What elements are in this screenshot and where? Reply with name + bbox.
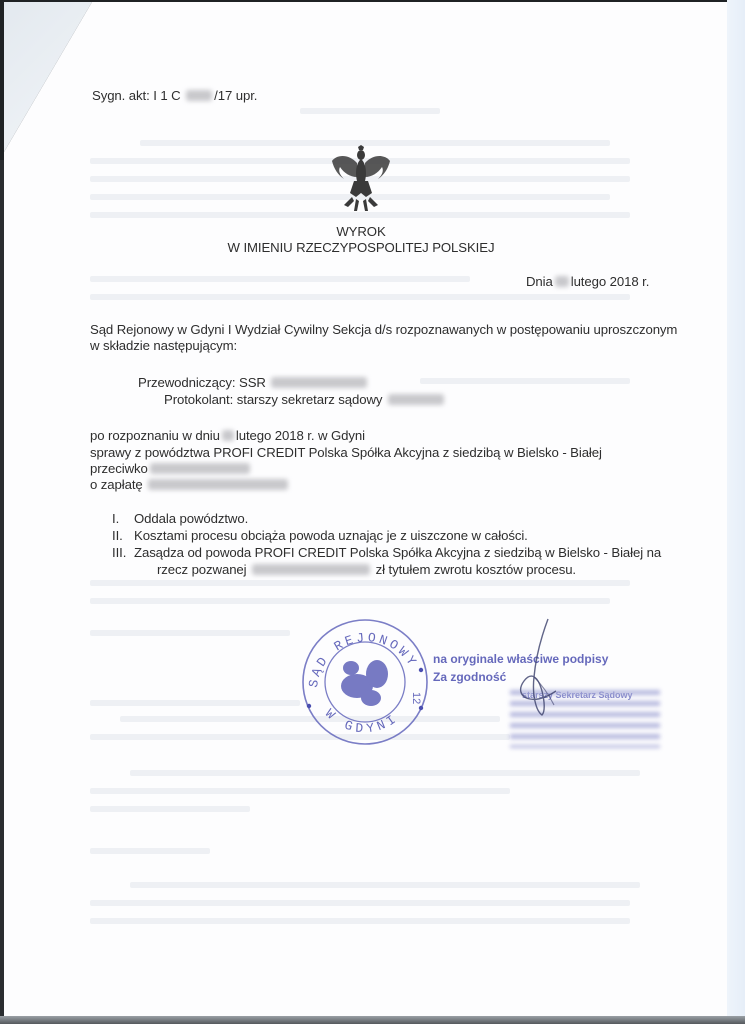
- hearing-line-1: po rozpoznaniu w dniulutego 2018 r. w Gd…: [90, 428, 365, 443]
- date-prefix: Dnia: [526, 274, 553, 289]
- redacted-claim-amount: [148, 479, 288, 490]
- court-line-1: Sąd Rejonowy w Gdyni I Wydział Cywilny S…: [90, 322, 677, 337]
- redacted-judge-name: [271, 377, 367, 388]
- ruling-3-prefix: rzecz pozwanej: [157, 562, 247, 577]
- ruling-text: Zasądza od powoda PROFI CREDIT Polska Sp…: [134, 545, 661, 560]
- ruling-3: III.Zasądza od powoda PROFI CREDIT Polsk…: [112, 545, 661, 560]
- date-suffix: lutego 2018 r.: [571, 274, 650, 289]
- redacted-defendant: [150, 463, 250, 474]
- document-subtitle: W IMIENIU RZECZYPOSPOLITEJ POLSKIEJ: [161, 240, 561, 255]
- chair-row: Przewodniczący: SSR: [138, 375, 369, 390]
- ruling-3-suffix: zł tytułem zwrotu kosztów procesu.: [376, 562, 576, 577]
- document-title: WYROK: [161, 224, 561, 239]
- case-signature-suffix: /17 upr.: [214, 88, 257, 103]
- redacted-case-number: [186, 90, 212, 101]
- ruling-1: I.Oddala powództwo.: [112, 511, 248, 526]
- ruling-2: II.Kosztami procesu obciąża powoda uznaj…: [112, 528, 528, 543]
- redacted-day: [555, 276, 569, 287]
- hearing-line-3: przeciwko: [90, 461, 252, 476]
- case-signature-prefix: Sygn. akt: I 1 C: [92, 88, 181, 103]
- clerk-label: Protokolant:: [164, 392, 233, 407]
- chair-label: Przewodniczący:: [138, 375, 235, 390]
- claim-label: o zapłatę: [90, 477, 143, 492]
- ruling-numeral: III.: [112, 545, 134, 560]
- stamp-bottom-text: W GDYNI: [322, 706, 402, 736]
- scan-bottom-edge: [0, 1016, 745, 1024]
- handwritten-signature-icon: [490, 615, 570, 725]
- ruling-numeral: I.: [112, 511, 134, 526]
- hearing-suffix: lutego 2018 r. w Gdyni: [236, 428, 365, 443]
- chair-value: SSR: [239, 375, 266, 390]
- redacted-clerk-name: [388, 394, 444, 405]
- redacted-defendant-amount: [252, 564, 370, 575]
- scanner-background: [727, 0, 745, 1024]
- court-round-stamp-icon: SĄD REJONOWY W GDYNI 12: [295, 610, 435, 750]
- judgment-date: Dnialutego 2018 r.: [526, 274, 649, 289]
- defendant-label: przeciwko: [90, 461, 148, 476]
- court-line-2: w składzie następującym:: [90, 338, 237, 353]
- ruling-3-continued: rzecz pozwanej zł tytułem zwrotu kosztów…: [157, 562, 576, 577]
- hearing-line-2: sprawy z powództwa PROFI CREDIT Polska S…: [90, 445, 602, 460]
- scan-left-edge: [0, 0, 4, 160]
- svg-text:W GDYNI: W GDYNI: [322, 706, 402, 736]
- case-signature: Sygn. akt: I 1 C /17 upr.: [92, 88, 257, 103]
- polish-eagle-emblem-icon: [330, 145, 392, 215]
- ruling-numeral: II.: [112, 528, 134, 543]
- hearing-prefix: po rozpoznaniu w dniu: [90, 428, 220, 443]
- clerk-value: starszy sekretarz sądowy: [237, 392, 383, 407]
- svg-text:12: 12: [410, 692, 422, 704]
- ruling-text: Oddala powództwo.: [134, 511, 248, 526]
- redacted-hearing-day: [222, 430, 234, 441]
- hearing-line-4: o zapłatę: [90, 477, 290, 492]
- clerk-row: Protokolant: starszy sekretarz sądowy: [164, 392, 446, 407]
- ruling-text: Kosztami procesu obciąża powoda uznając …: [134, 528, 528, 543]
